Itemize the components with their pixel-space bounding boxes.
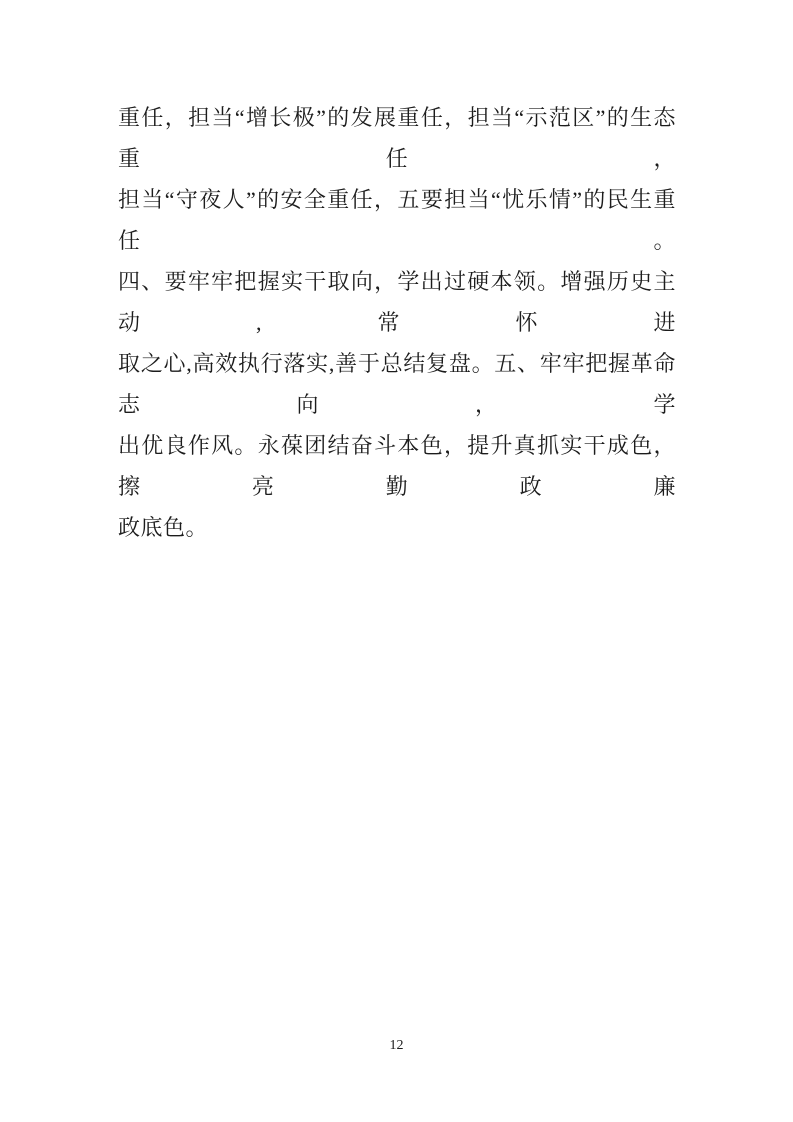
page-footer: 12 bbox=[0, 1036, 793, 1054]
text-line: 重任，担当“增长极”的发展重任，担当“示范区”的生态重任， bbox=[118, 97, 676, 179]
text-line: 四、要牢牢把握实干取向，学出过硬本领。增强历史主动,常怀进 bbox=[118, 261, 676, 343]
page-number: 12 bbox=[390, 1038, 404, 1053]
document-page: 重任，担当“增长极”的发展重任，担当“示范区”的生态重任， 担当“守夜人”的安全… bbox=[0, 0, 793, 1122]
text-line: 政底色。 bbox=[118, 507, 676, 548]
text-line: 担当“守夜人”的安全重任，五要担当“忧乐情”的民生重任。 bbox=[118, 179, 676, 261]
text-line: 出优良作风。永葆团结奋斗本色，提升真抓实干成色，擦亮勤政廉 bbox=[118, 425, 676, 507]
body-text-block: 重任，担当“增长极”的发展重任，担当“示范区”的生态重任， 担当“守夜人”的安全… bbox=[118, 97, 676, 548]
text-line: 取之心,高效执行落实,善于总结复盘。五、牢牢把握革命志向，学 bbox=[118, 343, 676, 425]
